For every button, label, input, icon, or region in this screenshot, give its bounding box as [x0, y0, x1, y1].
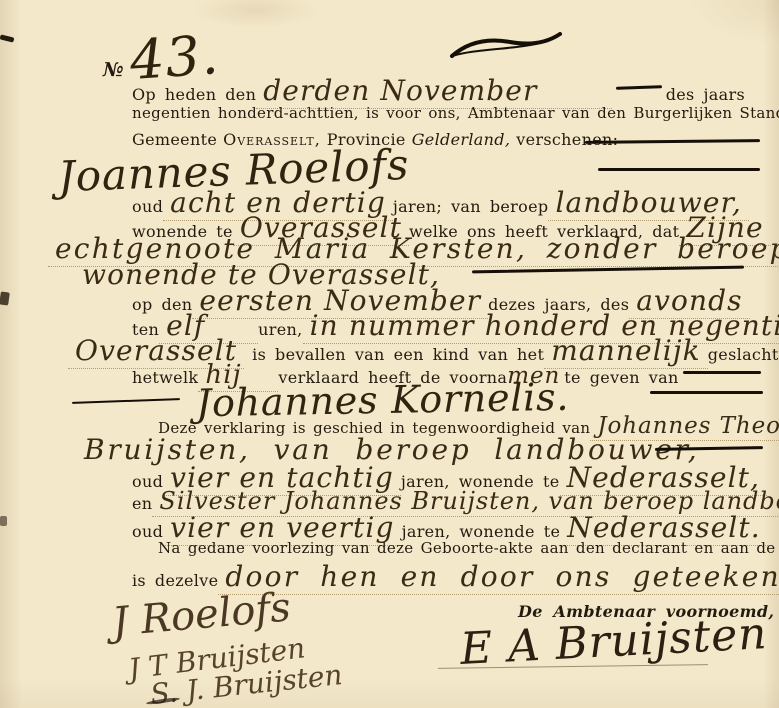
printed-text: verschenen: — [516, 130, 618, 149]
ink-rule — [72, 398, 180, 404]
edge-ink-mark — [0, 291, 10, 305]
printed-text: negentien honderd-achttien, is voor ons,… — [132, 104, 779, 122]
birth-certificate-page: № 43. Op heden den derden November des j… — [0, 0, 779, 708]
printed-text: des jaars — [666, 85, 745, 104]
printed-text: Na gedane voorlezing van deze Geboorte-a… — [158, 539, 779, 557]
ink-flourish — [448, 26, 583, 68]
printed-text: hetwelk — [132, 368, 198, 387]
edge-ink-mark — [0, 516, 7, 526]
printed-text: Op heden den — [132, 85, 256, 104]
printed-text: is dezelve — [132, 571, 218, 590]
handwritten-signed: door hen en door ons geteekend. — [225, 560, 779, 593]
province-name: Gelderland, — [412, 130, 511, 149]
edge-ink-mark — [0, 34, 14, 42]
line-reading: Na gedane voorlezing van deze Geboorte-a… — [158, 539, 748, 557]
handwritten-date: derden November — [263, 74, 537, 107]
ink-rule — [655, 446, 763, 451]
ink-rule — [650, 391, 763, 394]
number-sign: № — [103, 59, 124, 81]
signed-field: door hen en door ons geteekend. — [218, 560, 779, 595]
ink-rule — [598, 168, 760, 171]
ink-dash — [616, 85, 662, 90]
ink-rule — [683, 371, 761, 374]
line-year: negentien honderd-achttien, is voor ons,… — [132, 104, 745, 122]
printed-text: te geven van — [564, 368, 678, 387]
